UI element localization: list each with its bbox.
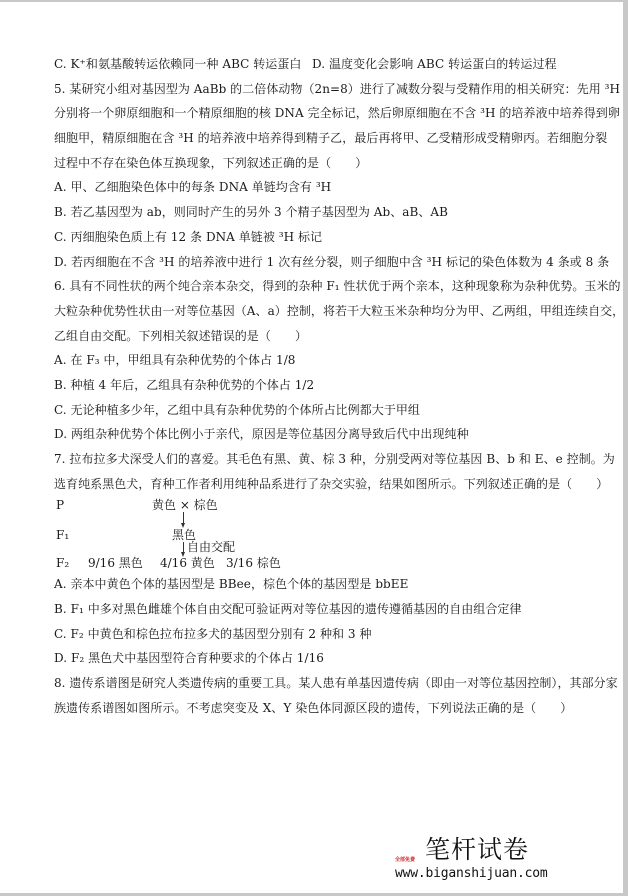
- cross-diagram: P 黄色 × 棕色 F₁ 黑色 自由交配 F₂ 9/16 黑色 4/16 黄色 …: [54, 496, 574, 572]
- q5-option-b: B. 若乙基因型为 ab，则同时产生的另外 3 个精子基因型为 Ab、aB、AB: [54, 200, 574, 225]
- q6-stem-line: 大粒杂种优势性状由一对等位基因（A、a）控制，将若干大粒玉米杂种均分为甲、乙两组…: [54, 299, 574, 324]
- f2-yellow-ratio: 4/16 黄色: [160, 556, 215, 570]
- q8-stem-line: 族遗传系谱图如图所示。不考虑突变及 X、Y 染色体同源区段的遗传，下列说法正确的…: [54, 696, 574, 721]
- exam-page: C. K⁺和氨基酸转运依赖同一种 ABC 转运蛋白 D. 温度变化会影响 ABC…: [54, 52, 574, 721]
- q7-option-c: C. F₂ 中黄色和棕色拉布拉多犬的基因型分别有 2 种和 3 种: [54, 622, 574, 647]
- q6-option-b: B. 种植 4 年后，乙组具有杂种优势的个体占 1/2: [54, 373, 574, 398]
- generation-f1-label: F₁: [56, 528, 69, 542]
- watermark-logo: 全部免费 笔杆试卷 www.biganshijuan.com: [395, 836, 565, 886]
- q7-option-b: B. F₁ 中多对黑色雌雄个体自由交配可验证两对等位基因的遗传遵循基因的自由组合…: [54, 597, 574, 622]
- watermark-brand: 笔杆试卷: [425, 836, 529, 864]
- q5-stem-line: 细胞甲，精原细胞在含 ³H 的培养液中培养得到精子乙，最后再将甲、乙受精形成受精…: [54, 126, 574, 151]
- q5-option-a: A. 甲、乙细胞染色体中的每条 DNA 单链均含有 ³H: [54, 175, 574, 200]
- q7-option-a: A. 亲本中黄色个体的基因型是 BBee，棕色个体的基因型是 bbEE: [54, 572, 574, 597]
- q5-option-c: C. 丙细胞染色质上有 12 条 DNA 单链被 ³H 标记: [54, 225, 574, 250]
- f2-black-ratio: 9/16 黑色: [88, 556, 143, 570]
- q6-option-d: D. 两组杂种优势个体比例小于亲代，原因是等位基因分离导致后代中出现纯种: [54, 422, 574, 447]
- q5-stem-line: 5. 某研究小组对基因型为 AaBb 的二倍体动物（2n=8）进行了减数分裂与受…: [54, 77, 574, 102]
- watermark-tag: 全部免费: [395, 856, 415, 863]
- q6-stem-line: 6. 具有不同性状的两个纯合亲本杂交，得到的杂种 F₁ 性状优于两个亲本，这种现…: [54, 274, 574, 299]
- p-cross-text: 黄色 × 棕色: [152, 498, 218, 512]
- q7-stem-line: 7. 拉布拉多犬深受人们的喜爱。其毛色有黑、黄、棕 3 种，分别受两对等位基因 …: [54, 447, 574, 472]
- q5-stem-line: 分别将一个卵原细胞和一个精原细胞的核 DNA 完全标记，然后卵原细胞在不含 ³H…: [54, 101, 574, 126]
- q6-stem-line: 乙组自由交配。下列相关叙述错误的是（ ）: [54, 324, 574, 349]
- q7-option-d: D. F₂ 黑色犬中基因型符合育种要求的个体占 1/16: [54, 646, 574, 671]
- q4-option-c: C. K⁺和氨基酸转运依赖同一种 ABC 转运蛋白: [54, 52, 312, 77]
- page-border-top: [0, 0, 628, 2]
- free-mating-note: 自由交配: [187, 540, 235, 554]
- q8-stem-line: 8. 遗传系谱图是研究人类遗传病的重要工具。某人患有单基因遗传病（即由一对等位基…: [54, 671, 574, 696]
- q6-option-c: C. 无论种植多少年，乙组中具有杂种优势的个体所占比例都大于甲组: [54, 398, 574, 423]
- q5-option-d: D. 若丙细胞在不含 ³H 的培养液中进行 1 次有丝分裂，则子细胞中含 ³H …: [54, 250, 574, 275]
- generation-p-label: P: [56, 498, 64, 512]
- f2-brown-ratio: 3/16 棕色: [226, 556, 281, 570]
- generation-f2-label: F₂: [56, 556, 69, 570]
- q7-stem-line: 选育纯系黑色犬，育种工作者利用纯种品系进行了杂交实验，结果如图所示。下列叙述正确…: [54, 472, 574, 497]
- q6-option-a: A. 在 F₃ 中，甲组具有杂种优势的个体占 1/8: [54, 348, 574, 373]
- q4-options-row: C. K⁺和氨基酸转运依赖同一种 ABC 转运蛋白 D. 温度变化会影响 ABC…: [54, 52, 574, 77]
- q5-stem-line: 过程中不存在染色体互换现象，下列叙述正确的是（ ）: [54, 151, 574, 176]
- watermark-url: www.biganshijuan.com: [395, 866, 548, 882]
- q4-option-d: D. 温度变化会影响 ABC 转运蛋白的转运过程: [312, 52, 557, 77]
- page-border-right: [623, 0, 628, 896]
